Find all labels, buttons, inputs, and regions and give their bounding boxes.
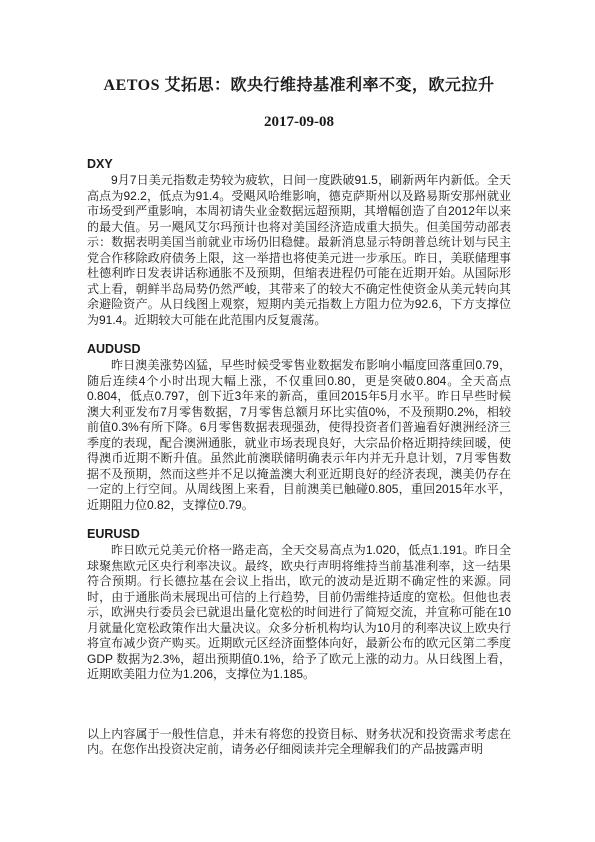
section-audusd-paragraph: 昨日澳美涨势凶猛，早些时候受零售业数据发布影响小幅度回落重回0.79，随后连续4… — [87, 358, 511, 513]
section-eurusd-paragraph: 昨日欧元兑美元价格一路走高，全天交易高点为1.020，低点1.191。昨日全球聚… — [87, 543, 511, 683]
section-audusd: AUDUSD 昨日澳美涨势凶猛，早些时候受零售业数据发布影响小幅度回落重回0.7… — [87, 341, 511, 513]
document-date: 2017-09-08 — [87, 112, 511, 132]
document-title: AETOS 艾拓思：欧央行维持基准利率不变，欧元拉升 — [87, 75, 511, 97]
section-dxy-heading: DXY — [87, 156, 511, 173]
section-dxy: DXY 9月7日美元指数走势较为疲软，日间一度跌破91.5，刷新两年内新低。全天… — [87, 156, 511, 328]
section-dxy-paragraph: 9月7日美元指数走势较为疲软，日间一度跌破91.5，刷新两年内新低。全天高点为9… — [87, 173, 511, 328]
document-page: AETOS 艾拓思：欧央行维持基准利率不变，欧元拉升 2017-09-08 DX… — [0, 0, 595, 842]
disclaimer-text: 以上内容属于一般性信息，并未有将您的投资目标、财务状况和投资需求考虑在内。在您作… — [87, 727, 511, 758]
section-audusd-heading: AUDUSD — [87, 341, 511, 358]
section-eurusd: EURUSD 昨日欧元兑美元价格一路走高，全天交易高点为1.020，低点1.19… — [87, 526, 511, 683]
section-eurusd-heading: EURUSD — [87, 526, 511, 543]
